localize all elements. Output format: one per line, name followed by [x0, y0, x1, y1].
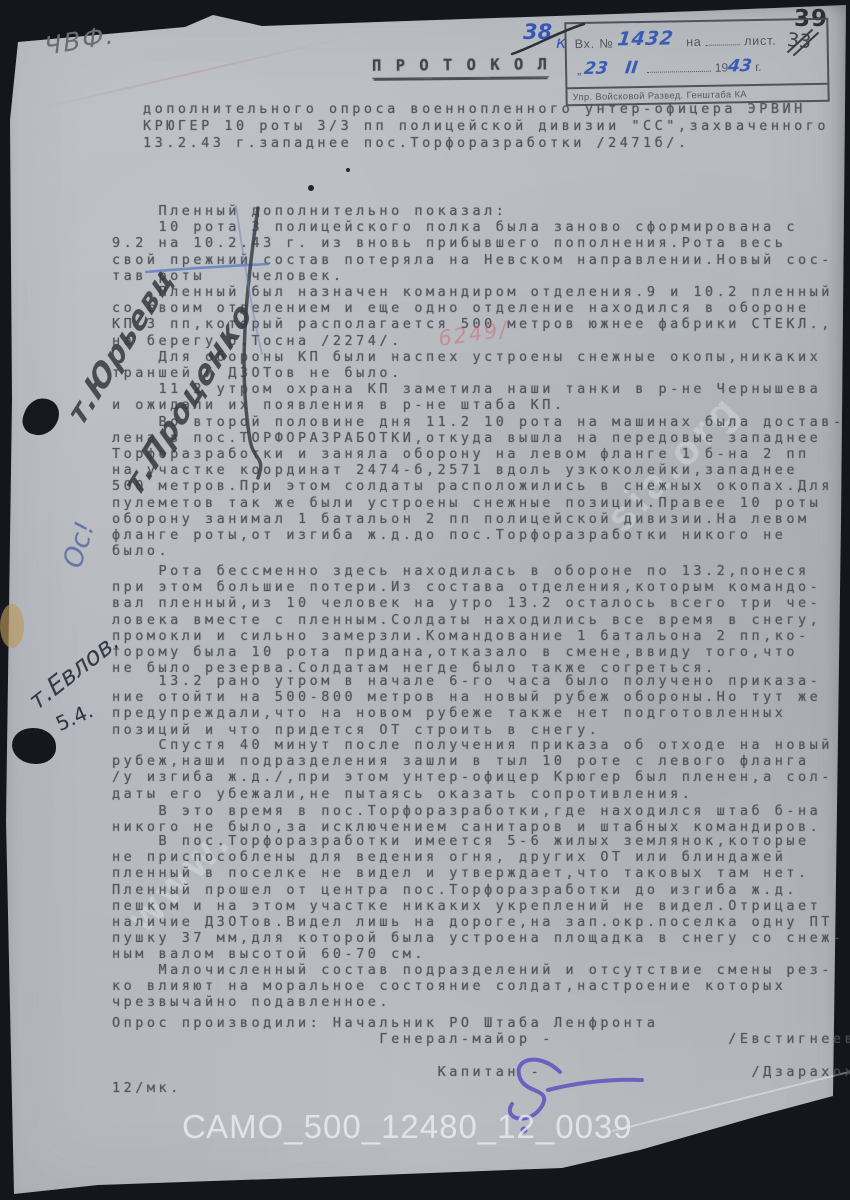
- body-section-7: Малочисленный состав подразделений и отс…: [112, 962, 833, 1011]
- body-section-3: 13.2 рано утром в начале 6-го часа было …: [112, 673, 821, 738]
- stain-spot: [0, 604, 24, 648]
- scanned-document-page: www. sia.org ЧВФ. 39 33 38 к Вх. № 1432 …: [0, 0, 850, 1200]
- body-section-6: В пос.Торфоразработки имеется 5-6 жилых …: [112, 833, 845, 963]
- stamp-handwritten-number: 1432: [616, 27, 675, 50]
- stamp-date-row: „ 23 II 1943 г.: [577, 55, 823, 79]
- incoming-registration-stamp: Вх. № 1432 на лист. „ 23 II 1943 г. Упр.…: [564, 18, 829, 107]
- body-section-1: Пленный дополнительно показал: 10 рота 3…: [112, 203, 845, 559]
- stamp-prefix-label: Вх. №: [575, 36, 614, 51]
- body-section-4: Спустя 40 минут после получения приказа …: [112, 737, 833, 802]
- stamp-handwritten-month: II: [624, 58, 639, 78]
- stamp-handwritten-day: 23: [583, 59, 609, 79]
- blue-number-crossed-out: 38: [523, 20, 552, 44]
- body-section-5: В это время в пос.Торфоразработки,где на…: [112, 803, 821, 835]
- body-section-2: Рота бессменно здесь находилась в оборон…: [112, 563, 821, 676]
- stamp-handwritten-year: 43: [727, 56, 753, 76]
- intro-paragraph: дополнительного опроса военнопленного ун…: [143, 101, 829, 151]
- stamp-year-suffix: г.: [755, 60, 761, 74]
- stamp-quote-mark: „: [577, 63, 581, 77]
- paper-speck: [346, 168, 350, 172]
- stamp-number-row: Вх. № 1432 на лист.: [574, 27, 822, 53]
- stamp-dotted-line: [706, 34, 740, 46]
- stamp-list-label: лист.: [744, 34, 777, 49]
- paper-speck: [308, 185, 314, 191]
- stamp-dotted-line: [647, 61, 711, 73]
- signature-block: Опрос производили: Начальник РО Штаба Ле…: [112, 1015, 850, 1096]
- document-title: П Р О Т О К О Л: [372, 55, 550, 79]
- stamp-na-label: на: [686, 35, 702, 49]
- archive-code-watermark: САМО_500_12480_12_0039: [182, 1108, 633, 1146]
- ink-blot-lower: [12, 728, 56, 764]
